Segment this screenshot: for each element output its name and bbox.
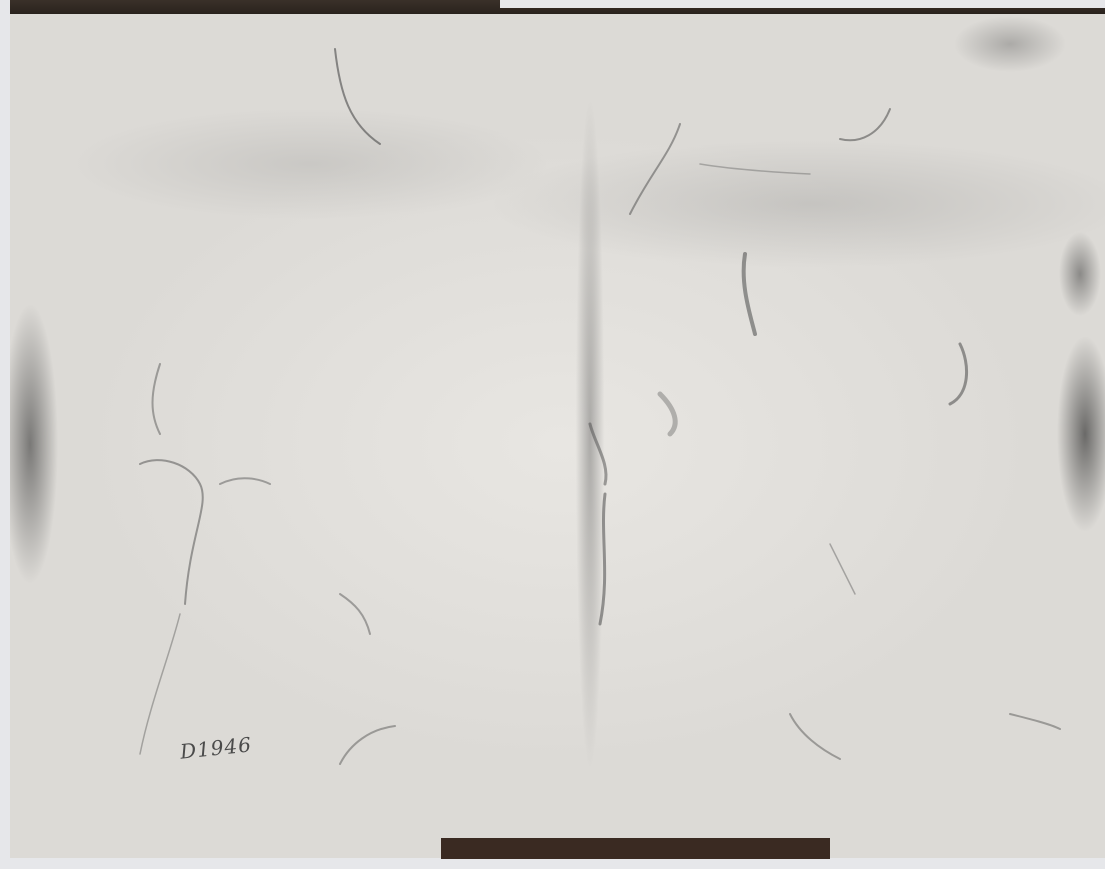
charcoal-marks — [10, 14, 1105, 858]
bottom-mount-strip — [441, 838, 830, 859]
top-background-gap — [500, 0, 1105, 8]
